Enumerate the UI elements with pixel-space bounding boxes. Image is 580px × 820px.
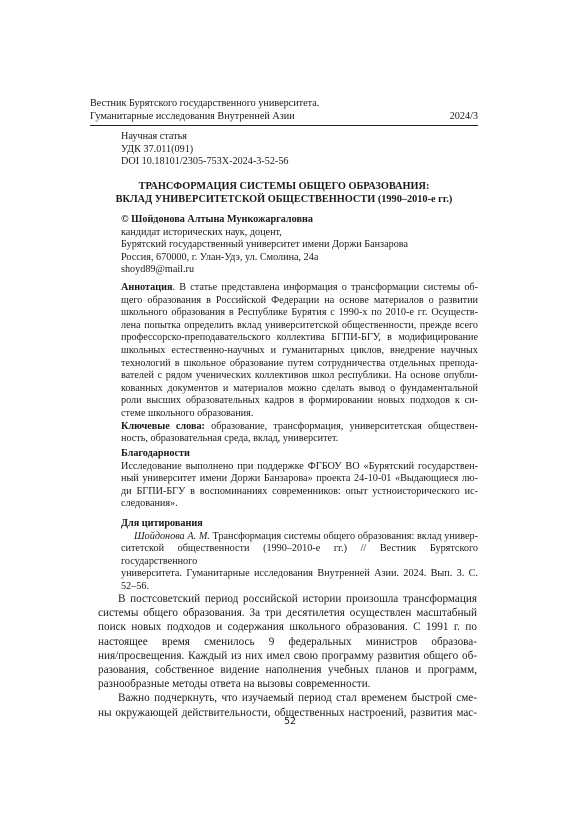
body-line: В постсоветский период российской истори… [98,592,477,606]
keywords-label: Ключевые слова: [121,421,205,432]
journal-title-line2: Гуманитарные исследования Внутренней Ази… [90,110,295,123]
article-type: Научная статья [121,131,289,144]
abstract-label: Аннотация [121,282,173,293]
abstract-line: роли высших образовательных кадров в фор… [121,395,478,408]
abstract-line: стеме школьного образования. [121,408,478,421]
keywords-line: ность, образовательная среда, вклад, уни… [121,433,478,446]
title-line2: ВКЛАД УНИВЕРСИТЕТСКОЙ ОБЩЕСТВЕННОСТИ (19… [90,193,478,206]
author-degree: кандидат исторических наук, доцент, [121,227,478,240]
abstract-line: школьных естественно-научных и гуманитар… [121,345,478,358]
header-rule [90,125,478,126]
body-line: Важно подчеркнуть, что изучаемый период … [98,691,477,705]
abstract-line: профессорско-преподавательского коллекти… [121,332,478,345]
body-line: системы общего образования. За три десят… [98,606,477,620]
body-line: поиск новых подходов и содержания школьн… [98,620,477,634]
citation-line: ситетской общественности (1990–2010-е гг… [121,543,478,568]
author-name: © Шойдонова Алтына Мункожаргаловна [121,214,478,227]
author-email[interactable]: shoyd89@mail.ru [121,264,478,277]
body-line: разнообразные методы ответа на вызовы со… [98,677,477,691]
body-line: ния/просвещения. Каждый из них имел свою… [98,649,477,663]
citation-author: Шойдонова А. М. [134,531,210,542]
acknowledgments-label: Благодарности [121,448,190,459]
acknowledgments-line: следования». [121,498,478,511]
abstract-line: Аннотация. В статье представлена информа… [121,282,478,295]
body-line: разования, собственное видение наполнени… [98,663,477,677]
article-meta: Научная статья УДК 37.011(091) DOI 10.18… [121,131,289,169]
author-info: © Шойдонова Алтына Мункожаргаловна канди… [121,214,478,277]
page-number: 52 [0,716,580,727]
acknowledgments-line: Исследование выполнено при поддержке ФГБ… [121,461,478,474]
keywords-line: Ключевые слова: образование, трансформац… [121,421,478,434]
main-text: В постсоветский период российской истори… [98,592,477,720]
abstract-line: технологий в школьное образование путем … [121,358,478,371]
abstract-line: кованных документов и материалов можно с… [121,383,478,396]
abstract-line: щего образования в Российской Федерации … [121,295,478,308]
author-affiliation: Бурятский государственный университет им… [121,239,478,252]
journal-title-line1: Вестник Бурятского государственного унив… [90,97,478,110]
acknowledgments-line: ный университет имени Доржи Банзарова» п… [121,473,478,486]
citation-line: Шойдонова А. М. Трансформация системы об… [121,531,478,544]
abstract-line: лена попытка определить вклад университе… [121,320,478,333]
body-line: настоящее время сменилось 9 федеральных … [98,635,477,649]
issue-number: 2024/3 [450,110,478,123]
article-title: ТРАНСФОРМАЦИЯ СИСТЕМЫ ОБЩЕГО ОБРАЗОВАНИЯ… [90,180,478,206]
running-header: Вестник Бурятского государственного унив… [90,97,478,123]
abstract-line: школьного образования в Республике Бурят… [121,307,478,320]
citation: Для цитирования Шойдонова А. М. Трансфор… [121,518,478,594]
running-header-row: Гуманитарные исследования Внутренней Ази… [90,110,478,123]
title-line1: ТРАНСФОРМАЦИЯ СИСТЕМЫ ОБЩЕГО ОБРАЗОВАНИЯ… [90,180,478,193]
citation-line: университета. Гуманитарные исследования … [121,568,478,593]
author-address: Россия, 670000, г. Улан-Удэ, ул. Смолина… [121,252,478,265]
abstract-line: вателей с рядом ученических коллективов … [121,370,478,383]
acknowledgments: Благодарности Исследование выполнено при… [121,448,478,511]
doi[interactable]: DOI 10.18101/2305-753X-2024-3-52-56 [121,156,289,169]
citation-label: Для цитирования [121,518,203,529]
abstract: Аннотация. В статье представлена информа… [121,282,478,446]
acknowledgments-line: ди БГПИ-БГУ в воспоминаниях современнико… [121,486,478,499]
udc-code: УДК 37.011(091) [121,144,289,157]
